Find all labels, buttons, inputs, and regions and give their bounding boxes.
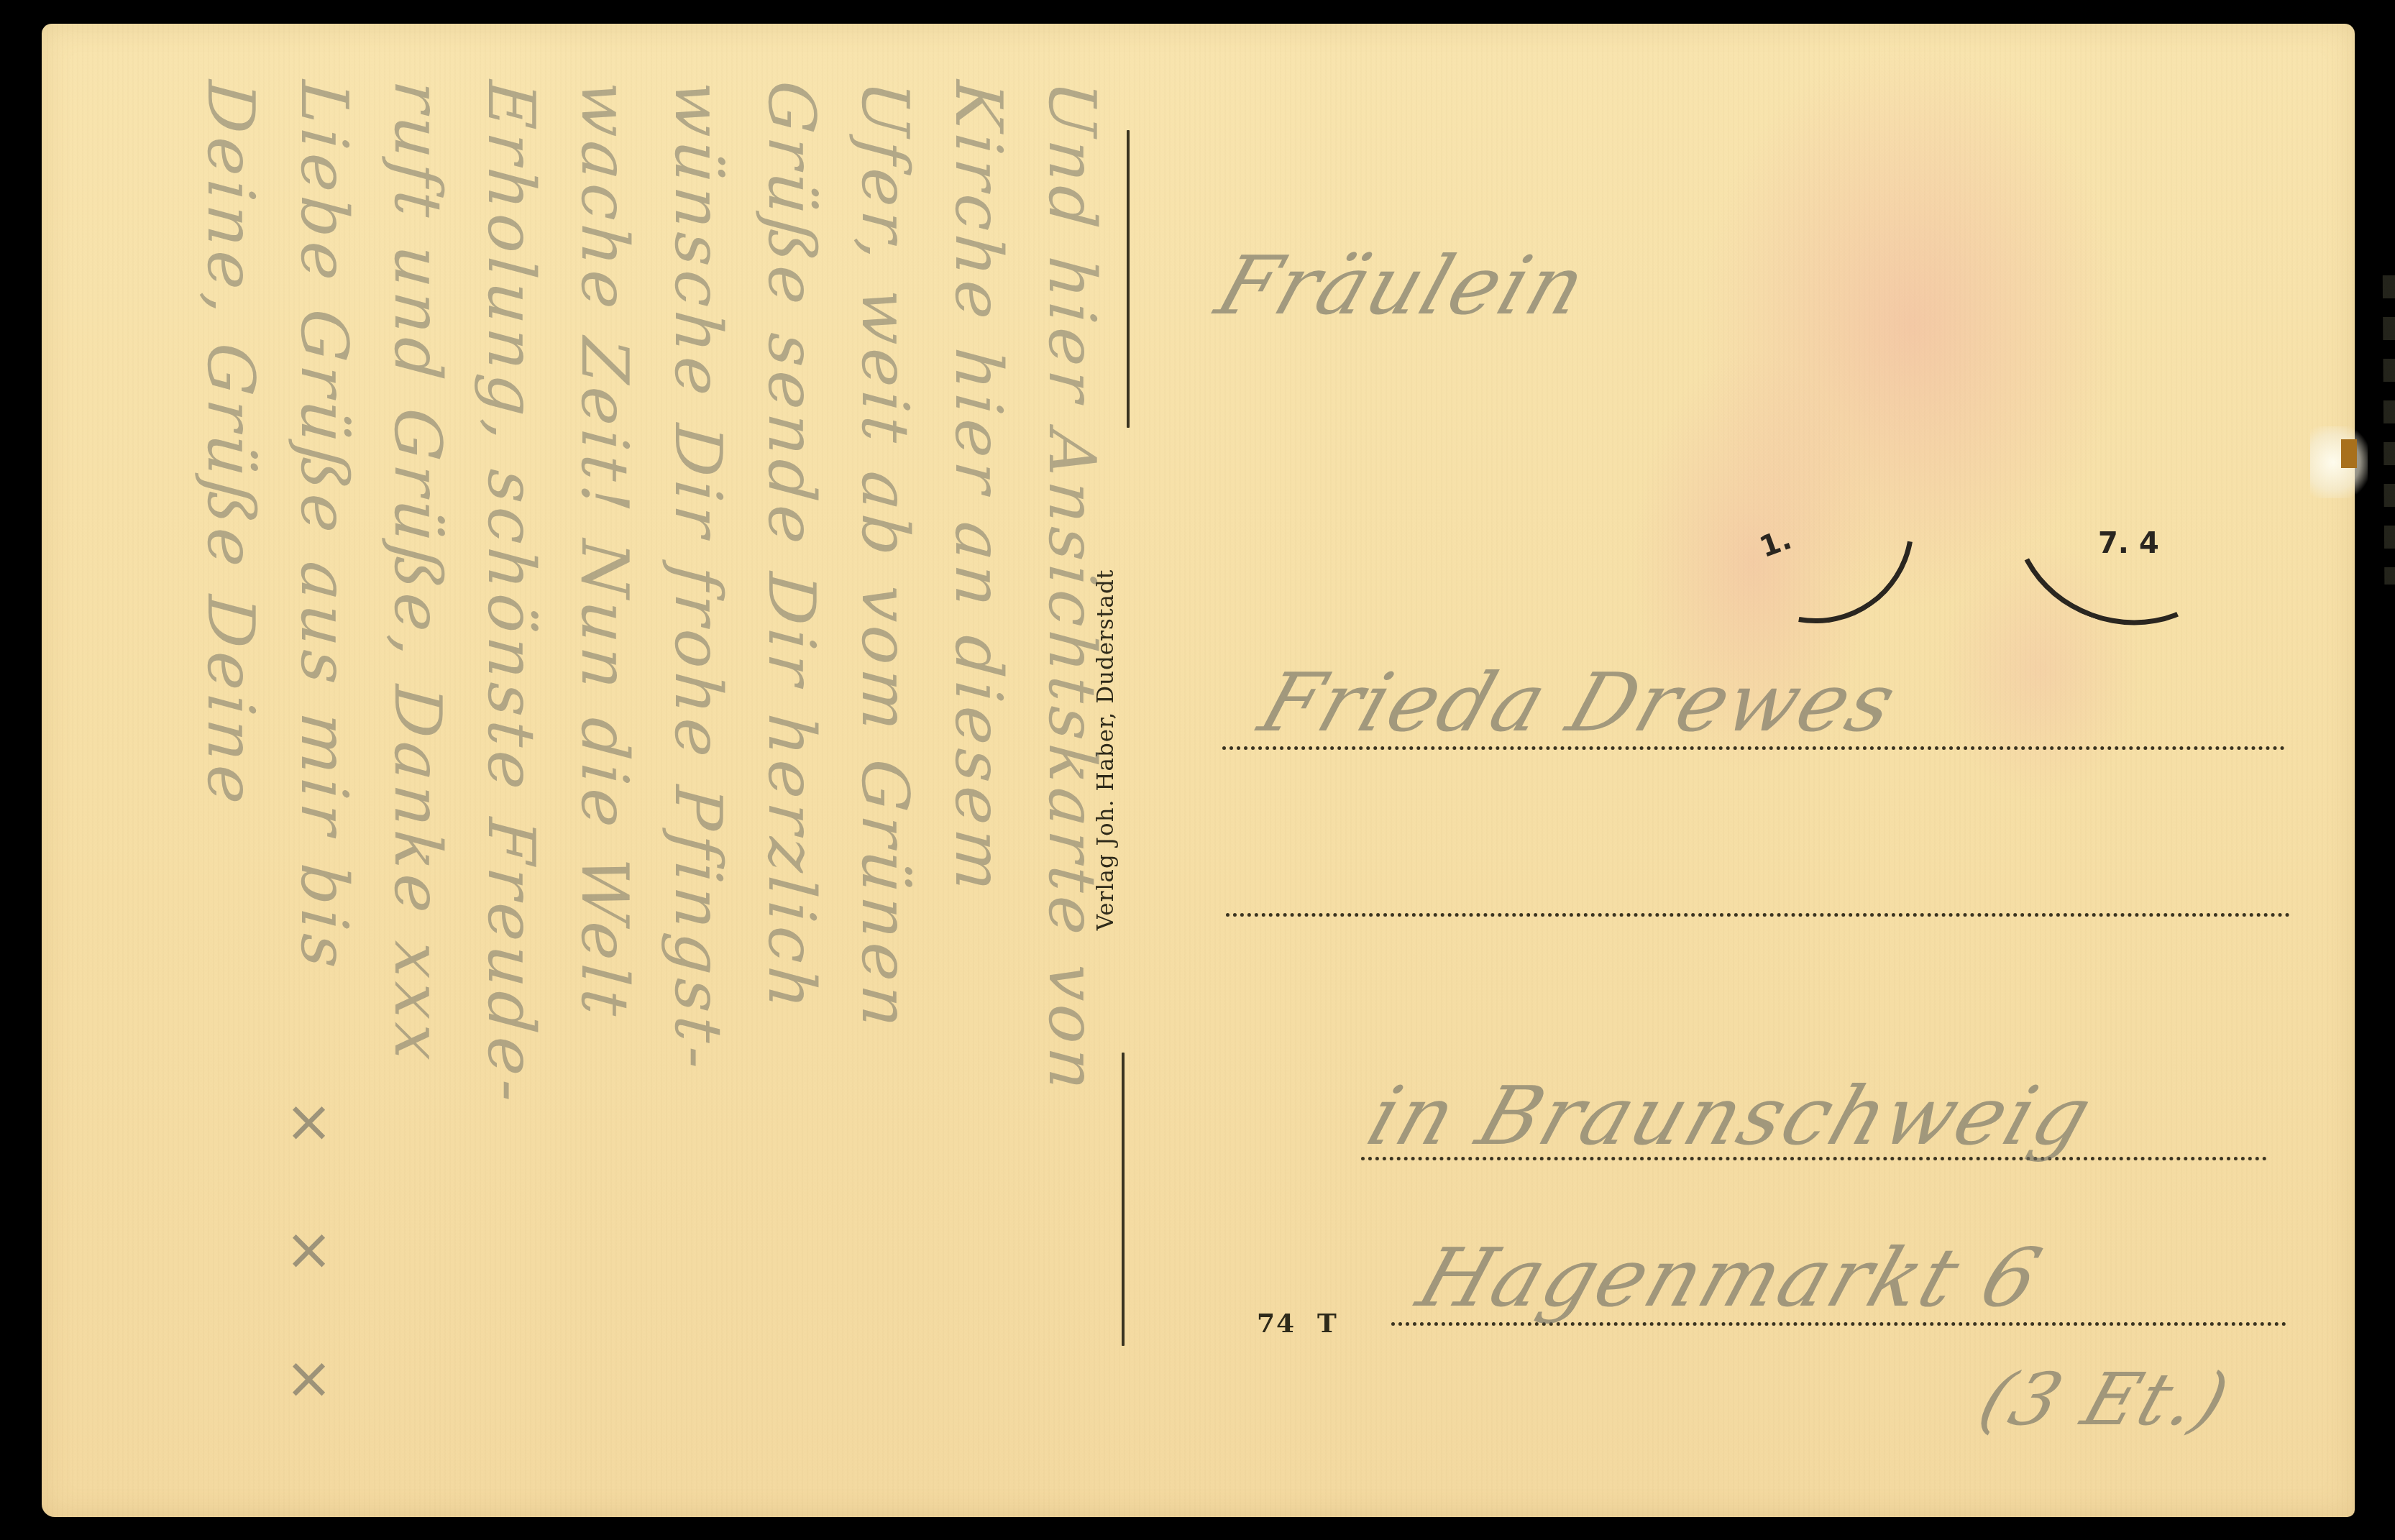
message-line: wünsche Dir frohe Pfingst- <box>660 78 736 1521</box>
card-series: T <box>1317 1308 1338 1339</box>
message-line: Grüße sende Dir herzlich <box>754 78 829 1521</box>
divider-line-top <box>1127 130 1130 428</box>
postcard: Verlag Joh. Haber, Duderstadt 74T Fräule… <box>42 24 2355 1517</box>
message-line: Deine, Grüße Deine <box>193 78 268 1521</box>
address-salutation: Fräulein <box>1206 239 1598 333</box>
postmark-arc-right <box>1985 394 2265 656</box>
postmark-arc-left <box>1678 388 1953 662</box>
card-number-value: 74 <box>1257 1308 1296 1339</box>
address-floor-note: (3 Et.) <box>1969 1357 2240 1442</box>
stamp-remnant <box>2310 426 2368 498</box>
message-line: ruft und Grüße, Danke xxx <box>380 78 455 1521</box>
message-line: Erholung, schönste Freude- <box>473 78 549 1521</box>
card-number: 74T <box>1257 1308 1338 1339</box>
address-name: Frieda Drewes <box>1249 656 1909 750</box>
postmark-fragment-right: 7. 4 <box>2098 527 2159 560</box>
address-street: Hagenmarkt 6 <box>1407 1232 2053 1325</box>
divider-line-bottom <box>1122 1053 1125 1346</box>
message-line: Kirche hier an diesem <box>940 78 1016 1521</box>
message-line: Und hier Ansichtskarte von <box>1034 78 1109 1521</box>
kisses-marks: × × × <box>275 1088 342 1433</box>
message-block: Und hier Ansichtskarte von Kirche hier a… <box>121 81 1113 1512</box>
postmark-edge-marks <box>2377 275 2395 585</box>
address-city: in Braunschweig <box>1357 1070 2105 1163</box>
message-line: wache Zeit! Nun die Welt <box>567 78 642 1521</box>
address-line-2 <box>1226 913 2290 917</box>
message-line: Ufer, weit ab vom Grünen <box>847 78 922 1521</box>
stamp-paper-fragment <box>2341 439 2357 468</box>
